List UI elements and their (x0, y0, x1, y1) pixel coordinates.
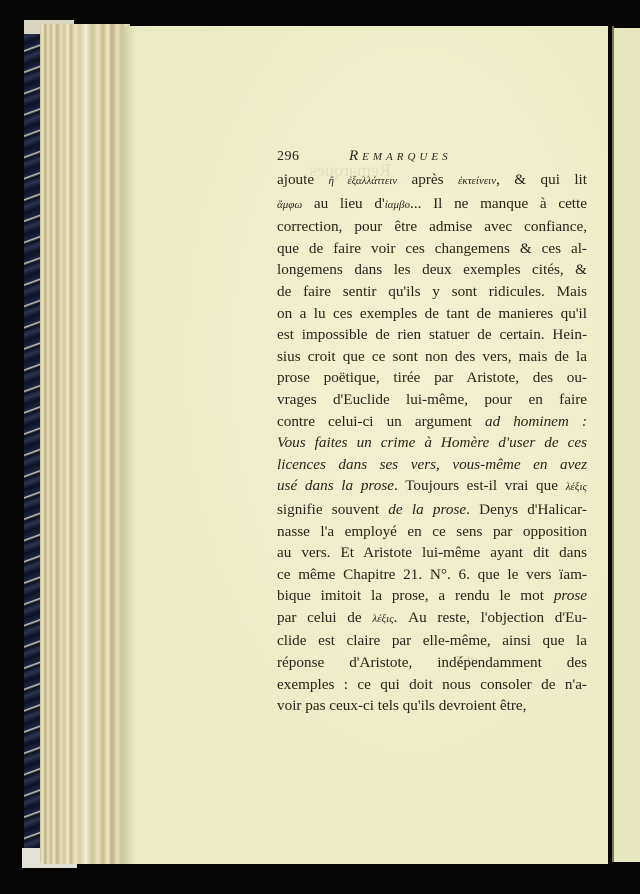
italic-text: Vous faites un crime à Homère d'user de … (277, 434, 587, 451)
text-run: vrages d'Euclide lui-même, pour en faire (277, 391, 587, 408)
text-line: vrages d'Euclide lui-même, pour en faire (277, 389, 587, 411)
text-run: exemples : ce qui doit nous consoler de … (277, 676, 587, 693)
text-line: longemens dans les deux exemples cités, … (277, 259, 587, 281)
text-run: . Denys d'Halicar- (466, 501, 587, 518)
text-run: au vers. Et Aristote lui-même ayant dit … (277, 544, 587, 561)
text-line: de faire sentir qu'ils y sont ridicules.… (277, 281, 587, 303)
italic-text: ad hominem : (485, 413, 587, 430)
text-run: après (397, 171, 458, 188)
text-line: nasse l'a employé en ce sens par opposit… (277, 521, 587, 543)
text-run: nasse l'a employé en ce sens par opposit… (277, 523, 587, 540)
text-run: ce même Chapitre 21. N°. 6. que le vers … (277, 566, 587, 583)
text-run: ... Il ne manque à cette (410, 195, 587, 212)
text-run: prose poëtique, tirée par Aristote, des … (277, 369, 587, 386)
greek-word: ἐκτείνειν (458, 175, 496, 187)
text-line: on a lu ces exemples de tant de manieres… (277, 303, 587, 325)
text-line: est impossible de rien statuer de certai… (277, 324, 587, 346)
running-head: 296 Remarques (277, 146, 587, 168)
text-line: licences dans ses vers, vous-même en ave… (277, 454, 587, 476)
page-stack-edges (40, 24, 130, 864)
text-run: . Au reste, l'objection d'Eu- (394, 609, 587, 626)
page-text-block: 296 Remarques ajoute ἢ ἐξαλλάττειν après… (277, 146, 587, 717)
text-run: longemens dans les deux exemples cités, … (277, 261, 587, 278)
text-line: usé dans la prose. Toujours est-il vrai … (277, 475, 587, 499)
text-line: correction, pour être admise avec confia… (277, 216, 587, 238)
text-run: que de faire voir ces changemens & ces a… (277, 240, 587, 257)
greek-word: ἢ ἐξαλλάττειν (329, 175, 398, 187)
text-line: ἄμφω au lieu d'ἰαμβο... Il ne manque à c… (277, 193, 587, 217)
text-line: exemples : ce qui doit nous consoler de … (277, 674, 587, 696)
text-run: bique imitoit la prose, a rendu le mot (277, 587, 554, 604)
greek-word: λέξις (372, 613, 393, 625)
text-run: correction, pour être admise avec confia… (277, 218, 587, 235)
text-run: , & qui lit (496, 171, 587, 188)
body-text: ajoute ἢ ἐξαλλάττειν après ἐκτείνειν, & … (277, 169, 587, 717)
text-run: de faire sentir qu'ils y sont ridicules.… (277, 283, 587, 300)
text-line: réponse d'Aristote, indépendamment des (277, 652, 587, 674)
signature-mark-show-through: T iv (455, 654, 478, 670)
italic-text: usé dans la prose (277, 477, 394, 494)
text-run: signifie souvent (277, 501, 388, 518)
text-line: contre celui-ci un argument ad hominem : (277, 411, 587, 433)
text-run: contre celui-ci un argument (277, 413, 485, 430)
text-run: au lieu d' (302, 195, 385, 212)
page-number: 296 (277, 146, 349, 168)
text-run: ajoute (277, 171, 329, 188)
text-line: par celui de λέξις. Au reste, l'objectio… (277, 607, 587, 631)
right-page-edge (614, 28, 640, 862)
text-run: par celui de (277, 609, 372, 626)
text-line: signifie souvent de la prose. Denys d'Ha… (277, 499, 587, 521)
greek-word: λέξις (566, 481, 587, 493)
text-line: bique imitoit la prose, a rendu le mot p… (277, 585, 587, 607)
text-line: clide est claire par elle-même, ainsi qu… (277, 630, 587, 652)
text-line: que de faire voir ces changemens & ces a… (277, 238, 587, 260)
greek-word: ἄμφω (277, 199, 302, 211)
text-run: est impossible de rien statuer de certai… (277, 326, 587, 343)
text-line: sius croit que ce sont non des vers, mai… (277, 346, 587, 368)
text-run: on a lu ces exemples de tant de manieres… (277, 305, 587, 322)
text-run: voir pas ceux-ci tels qu'ils devroient ê… (277, 697, 526, 714)
text-line: ajoute ἢ ἐξαλλάττειν après ἐκτείνειν, & … (277, 169, 587, 193)
text-line: Vous faites un crime à Homère d'user de … (277, 432, 587, 454)
greek-word: ἰαμβο (385, 199, 410, 211)
running-head-title: Remarques (349, 146, 452, 168)
italic-text: licences dans ses vers, vous-même en ave… (277, 456, 587, 473)
book-scan: Remarques 296 Remarques ajoute ἢ ἐξαλλάτ… (0, 0, 640, 894)
text-line: voir pas ceux-ci tels qu'ils devroient ê… (277, 695, 587, 717)
text-line: ce même Chapitre 21. N°. 6. que le vers … (277, 564, 587, 586)
text-run: réponse d'Aristote, indépendamment des (277, 654, 587, 671)
text-run: . Toujours est-il vrai que (394, 477, 566, 494)
text-run: sius croit que ce sont non des vers, mai… (277, 348, 587, 365)
text-line: prose poëtique, tirée par Aristote, des … (277, 367, 587, 389)
italic-text: prose (554, 587, 587, 604)
italic-text: de la prose (388, 501, 466, 518)
text-run: clide est claire par elle-même, ainsi qu… (277, 632, 587, 649)
text-line: au vers. Et Aristote lui-même ayant dit … (277, 542, 587, 564)
